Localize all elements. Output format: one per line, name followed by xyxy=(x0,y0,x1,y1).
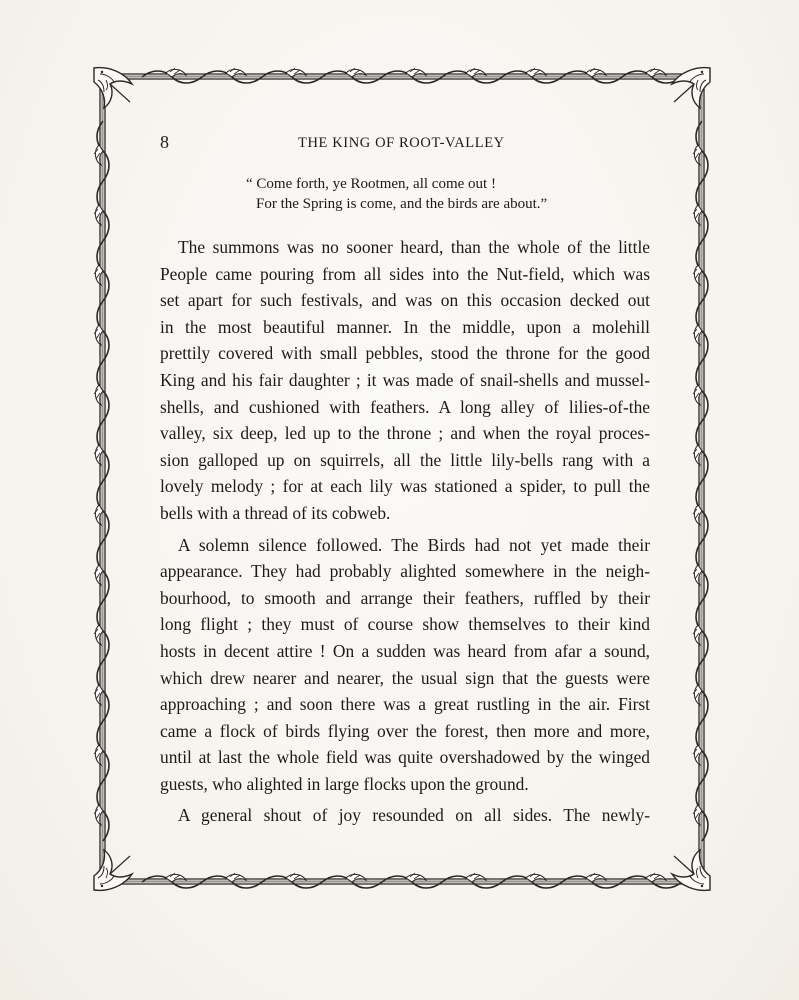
text-line: A general shout of joy resounded on all … xyxy=(160,802,650,829)
text-line: People came pouring from all sides into … xyxy=(160,261,650,288)
text-line: bourhood, to smooth and arrange their fe… xyxy=(160,585,650,612)
paragraph: A general shout of joy resounded on all … xyxy=(160,802,650,829)
text-line: approaching ; and soon there was a great… xyxy=(160,691,650,718)
text-line: hosts in decent attire ! On a sudden was… xyxy=(160,638,650,665)
running-head: 8 THE KING OF ROOT-VALLEY xyxy=(160,132,650,158)
text-line: lovely melody ; for at each lily was sta… xyxy=(160,473,650,500)
paragraph: A solemn silence followed. The Birds had… xyxy=(160,532,650,798)
running-title: THE KING OF ROOT-VALLEY xyxy=(298,135,505,152)
text-line: valley, six deep, led up to the throne ;… xyxy=(160,420,650,447)
text-line: guests, who alighted in large flocks upo… xyxy=(160,771,650,798)
text-line: prettily covered with small pebbles, sto… xyxy=(160,340,650,367)
page-number: 8 xyxy=(160,132,169,153)
epigraph: “ Come forth, ye Rootmen, all come out !… xyxy=(246,174,650,214)
page-content: 8 THE KING OF ROOT-VALLEY “ Come forth, … xyxy=(160,132,650,829)
body-text: The summons was no sooner heard, than th… xyxy=(160,234,650,829)
text-line: appearance. They had probably alighted s… xyxy=(160,558,650,585)
text-line: came a flock of birds flying over the fo… xyxy=(160,718,650,745)
text-line: in the most beautiful manner. In the mid… xyxy=(160,314,650,341)
text-line: long flight ; they must of course show t… xyxy=(160,611,650,638)
text-line: sion galloped up on squirrels, all the l… xyxy=(160,447,650,474)
text-line: until at last the whole field was quite … xyxy=(160,744,650,771)
text-line: A solemn silence followed. The Birds had… xyxy=(160,532,650,559)
text-line: shells, and cushioned with feathers. A l… xyxy=(160,394,650,421)
paragraph: The summons was no sooner heard, than th… xyxy=(160,234,650,527)
text-line: set apart for such festivals, and was on… xyxy=(160,287,650,314)
epigraph-line: For the Spring is come, and the birds ar… xyxy=(246,194,650,214)
book-page: 8 THE KING OF ROOT-VALLEY “ Come forth, … xyxy=(0,0,799,1000)
text-line: The summons was no sooner heard, than th… xyxy=(160,234,650,261)
text-line: which drew nearer and nearer, the usual … xyxy=(160,665,650,692)
text-line: King and his fair daughter ; it was made… xyxy=(160,367,650,394)
text-line: bells with a thread of its cobweb. xyxy=(160,500,650,527)
epigraph-line: “ Come forth, ye Rootmen, all come out ! xyxy=(246,174,650,194)
